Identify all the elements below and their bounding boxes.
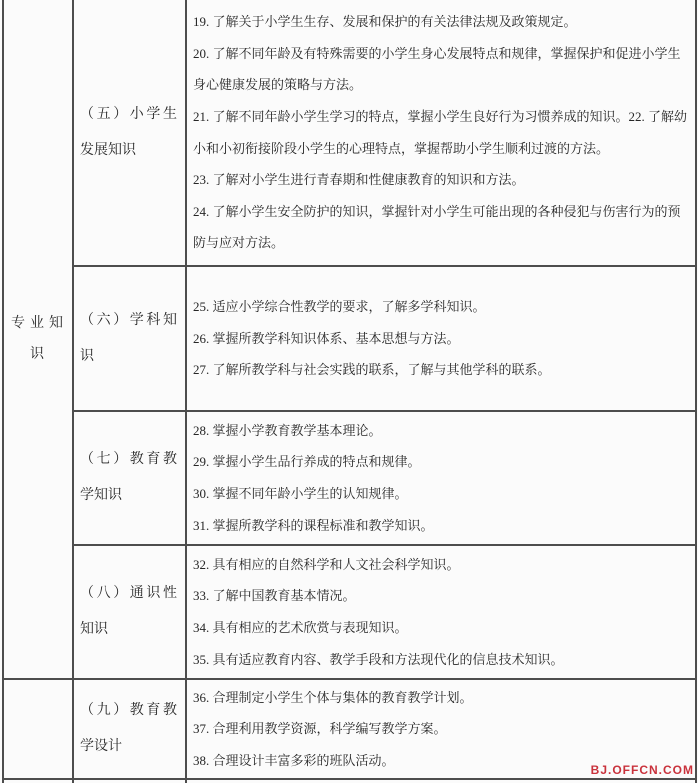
table-right-border xyxy=(695,0,697,783)
items-cell-8: 32. 具有相应的自然科学和人文社会科学知识。 33. 了解中国教育基本情况。 … xyxy=(187,546,693,678)
requirement-item: 33. 了解中国教育基本情况。 xyxy=(187,580,693,612)
requirement-item: 31. 掌握所教学科的课程标准和教学知识。 xyxy=(187,510,693,542)
requirement-item: 20. 了解不同年龄及有特殊需要的小学生身心发展特点和规律，掌握保护和促进小学生… xyxy=(187,38,693,101)
requirement-item: 26. 掌握所教学科知识体系、基本思想与方法。 xyxy=(187,323,693,355)
requirement-item: 34. 具有相应的艺术欣赏与表现知识。 xyxy=(187,612,693,644)
category-label: （八）通识性知识 xyxy=(74,576,183,648)
category-label: （九）教育教学设计 xyxy=(74,693,183,765)
items-cell-6: 25. 适应小学综合性教学的要求，了解多学科知识。 26. 掌握所教学科知识体系… xyxy=(187,267,693,410)
requirement-item: 25. 适应小学综合性教学的要求，了解多学科知识。 xyxy=(187,291,693,323)
requirement-item: 29. 掌握小学生品行养成的特点和规律。 xyxy=(187,446,693,478)
category-cell-6: （六）学科知识 xyxy=(74,267,183,410)
items-cell-7: 28. 掌握小学教育教学基本理论。 29. 掌握小学生品行养成的特点和规律。 3… xyxy=(187,412,693,544)
requirement-item: 30. 掌握不同年龄小学生的认知规律。 xyxy=(187,478,693,510)
table-bottom-border xyxy=(2,778,697,780)
requirement-item: 21. 了解不同年龄小学生学习的特点，掌握小学生良好行为习惯养成的知识。22. … xyxy=(187,101,693,164)
category-label: （六）学科知识 xyxy=(74,303,183,375)
requirement-item: 27. 了解所教学科与社会实践的联系，了解与其他学科的联系。 xyxy=(187,354,693,386)
requirement-item: 35. 具有适应教育内容、教学手段和方法现代化的信息技术知识。 xyxy=(187,644,693,676)
section-label: 专业知识 xyxy=(4,308,70,370)
requirement-item: 37. 合理利用教学资源，科学编写教学方案。 xyxy=(187,713,693,745)
category-cell-7: （七）教育教学知识 xyxy=(74,412,183,544)
requirement-item: 19. 了解关于小学生生存、发展和保护的有关法律法规及政策规定。 xyxy=(187,6,693,38)
category-label: （五）小学生发展知识 xyxy=(74,97,183,169)
watermark: BJ.OFFCN.COM xyxy=(591,763,694,777)
document-page: 专业知识 （五）小学生发展知识 19. 了解关于小学生生存、发展和保护的有关法律… xyxy=(0,0,698,783)
requirement-item: 24. 了解小学生安全防护的知识，掌握针对小学生可能出现的各种侵犯与伤害行为的预… xyxy=(187,196,693,259)
category-cell-5: （五）小学生发展知识 xyxy=(74,0,183,265)
items-cell-5: 19. 了解关于小学生生存、发展和保护的有关法律法规及政策规定。 20. 了解不… xyxy=(187,0,693,265)
category-label: （七）教育教学知识 xyxy=(74,442,183,514)
requirement-item: 23. 了解对小学生进行青春期和性健康教育的知识和方法。 xyxy=(187,164,693,196)
section-cell: 专业知识 xyxy=(4,0,70,678)
requirement-item: 36. 合理制定小学生个体与集体的教育教学计划。 xyxy=(187,682,693,714)
category-cell-9: （九）教育教学设计 xyxy=(74,680,183,778)
requirement-item: 32. 具有相应的自然科学和人文社会科学知识。 xyxy=(187,549,693,581)
requirement-item: 28. 掌握小学教育教学基本理论。 xyxy=(187,415,693,447)
category-cell-8: （八）通识性知识 xyxy=(74,546,183,678)
